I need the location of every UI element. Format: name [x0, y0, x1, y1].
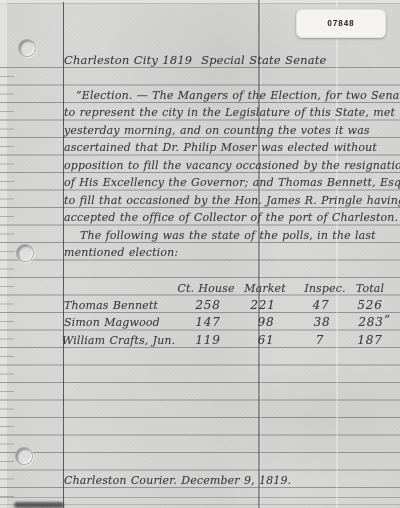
- vote-count: 47: [313, 299, 330, 312]
- punch-hole: [16, 244, 34, 262]
- manuscript-line: mentioned election:: [64, 246, 178, 259]
- underlay-bottom-line: [0, 497, 400, 498]
- catalog-label: 07848: [296, 9, 386, 38]
- manuscript-line: to represent the city in the Legislature…: [64, 106, 395, 119]
- page-top-edge: [0, 0, 400, 4]
- vote-count: 147: [195, 316, 220, 329]
- bottom-edge-shadow: [14, 502, 64, 508]
- candidate-name: Thomas Bennett: [64, 299, 158, 312]
- manuscript-line: yesterday morning, and on counting the v…: [64, 124, 370, 137]
- manuscript-line: “Election. — The Mangers of the Election…: [76, 89, 400, 102]
- vote-count: 61: [258, 334, 275, 347]
- vote-count: 38: [314, 316, 331, 329]
- manuscript-line: ascertained that Dr. Philip Moser was el…: [64, 141, 377, 154]
- scanned-document-page: 07848 Charleston City 1819 Special State…: [0, 0, 400, 508]
- paper-crease: [258, 0, 260, 508]
- vote-count: 283: [358, 316, 383, 329]
- vote-count: 221: [250, 299, 275, 312]
- catalog-number: 07848: [327, 19, 354, 28]
- vote-count: 258: [195, 299, 220, 312]
- vote-count: 187: [357, 334, 382, 347]
- table-header-market: Market: [244, 282, 286, 295]
- table-header-inspec: Inspec.: [304, 282, 345, 295]
- closing-quote: ”: [384, 314, 390, 327]
- table-header-ct-house: Ct. House: [177, 282, 234, 295]
- citation: Charleston Courier. December 9, 1819.: [64, 474, 291, 487]
- punch-hole: [18, 39, 36, 57]
- candidate-name: Simon Magwood: [64, 316, 160, 329]
- manuscript-line: opposition to fill the vacancy occasione…: [64, 159, 400, 172]
- manuscript-line: accepted the office of Collector of the …: [64, 211, 398, 224]
- table-header-total: Total: [356, 282, 384, 295]
- vote-count: 526: [357, 299, 382, 312]
- manuscript-line: to fill that occasioned by the Hon. Jame…: [64, 194, 400, 207]
- vote-count: 119: [195, 334, 220, 347]
- manuscript-line: of His Excellency the Governor; and Thom…: [64, 176, 400, 189]
- scan-light-band: [336, 0, 338, 508]
- document-title: Charleston City 1819 Special State Senat…: [64, 54, 326, 67]
- underlay-ruled-lines: [0, 76, 14, 506]
- punch-hole: [15, 447, 33, 465]
- candidate-name: William Crafts, Jun.: [62, 334, 175, 347]
- vote-count: 98: [258, 316, 275, 329]
- vote-count: 7: [316, 334, 324, 347]
- manuscript-line: The following was the state of the polls…: [80, 229, 376, 242]
